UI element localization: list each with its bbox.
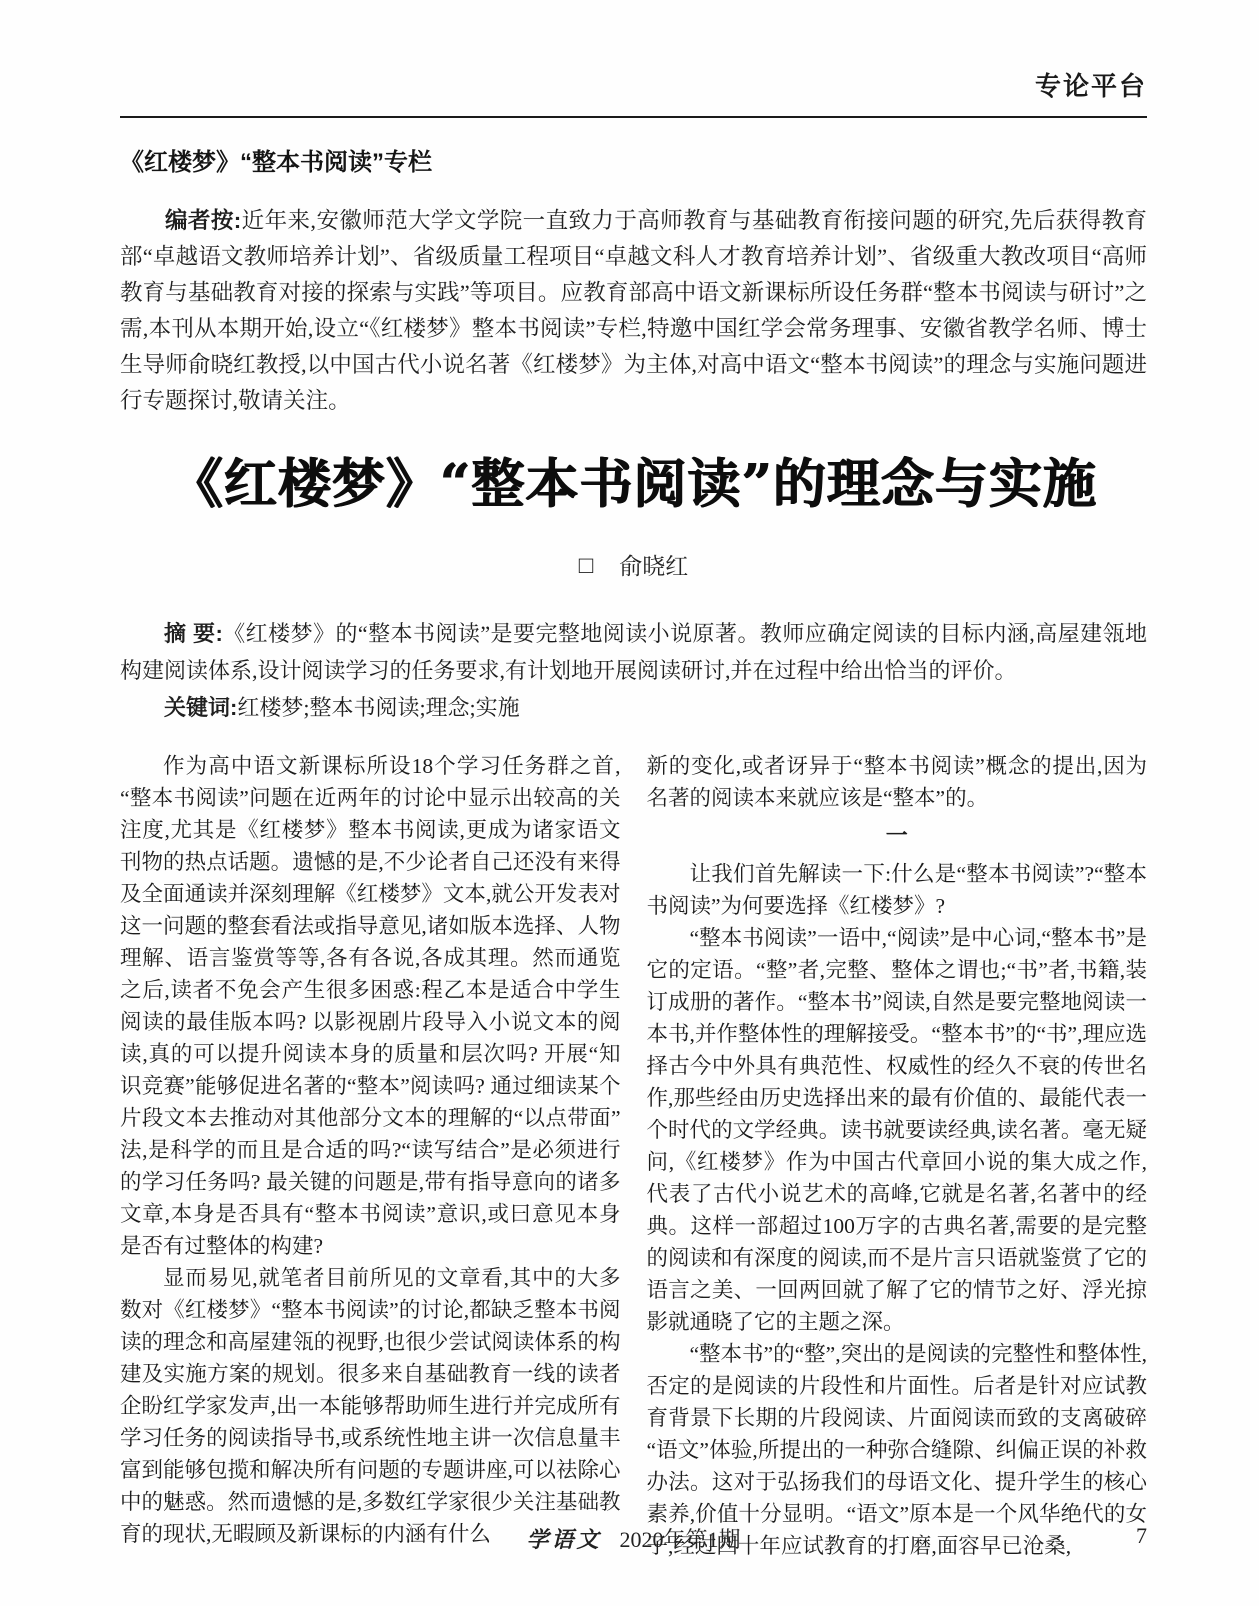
paragraph-continuation: 新的变化,或者讶异于“整本书阅读”概念的提出,因为名著的阅读本来就应该是“整本”…: [647, 750, 1148, 814]
keywords: 关键词:红楼梦;整本书阅读;理念;实施: [120, 689, 1147, 726]
body-right-column: 新的变化,或者讶异于“整本书阅读”概念的提出,因为名著的阅读本来就应该是“整本”…: [647, 750, 1148, 1562]
header-rule: [120, 116, 1147, 118]
paragraph: 显而易见,就笔者目前所见的文章看,其中的大多数对《红楼梦》“整本书阅读”的讨论,…: [120, 1262, 621, 1550]
abstract-text: 《红楼梦》的“整本书阅读”是要完整地阅读小说原著。教师应确定阅读的目标内涵,高屋…: [120, 621, 1147, 683]
platform-label: 专论平台: [120, 66, 1147, 103]
footer-journal-line: 学语文2020年第1期: [120, 1523, 1147, 1554]
editor-note-text: 近年来,安徽师范大学文学院一直致力于高师教育与基础教育衔接问题的研究,先后获得教…: [120, 208, 1147, 413]
editor-note-label: 编者按:: [165, 208, 241, 233]
paragraph: 让我们首先解读一下:什么是“整本书阅读”?“整本书阅读”为何要选择《红楼梦》?: [647, 858, 1148, 922]
keywords-label: 关键词:: [164, 695, 237, 720]
author-name: 俞晓红: [619, 554, 688, 579]
author-line: □俞晓红: [120, 548, 1147, 581]
section-marker: 一: [647, 816, 1148, 856]
body-left-column: 作为高中语文新课标所设18个学习任务群之首,“整本书阅读”问题在近两年的讨论中显…: [120, 750, 621, 1562]
footer: 学语文2020年第1期 7: [120, 1523, 1147, 1554]
journal-name: 学语文: [526, 1527, 601, 1553]
abstract-label: 摘 要:: [164, 621, 223, 646]
paragraph: “整本书阅读”一语中,“阅读”是中心词,“整本书”是它的定语。“整”者,完整、整…: [647, 922, 1148, 1338]
paragraph: 作为高中语文新课标所设18个学习任务群之首,“整本书阅读”问题在近两年的讨论中显…: [120, 750, 621, 1262]
page-number: 7: [1136, 1523, 1147, 1549]
journal-page: 专论平台 《红楼梦》“整本书阅读”专栏 编者按:近年来,安徽师范大学文学院一直致…: [0, 0, 1259, 1606]
abstract-block: 摘 要:《红楼梦》的“整本书阅读”是要完整地阅读小说原著。教师应确定阅读的目标内…: [120, 615, 1147, 726]
column-title: 《红楼梦》“整本书阅读”专栏: [120, 142, 1147, 177]
issue-label: 2020年第1期: [620, 1527, 741, 1552]
article-title: 《红楼梦》“整本书阅读”的理念与实施: [120, 442, 1147, 518]
body-columns: 作为高中语文新课标所设18个学习任务群之首,“整本书阅读”问题在近两年的讨论中显…: [120, 750, 1147, 1562]
keywords-text: 红楼梦;整本书阅读;理念;实施: [237, 695, 519, 720]
abstract: 摘 要:《红楼梦》的“整本书阅读”是要完整地阅读小说原著。教师应确定阅读的目标内…: [120, 615, 1147, 689]
editor-note: 编者按:近年来,安徽师范大学文学院一直致力于高师教育与基础教育衔接问题的研究,先…: [120, 203, 1147, 419]
author-marker-square: □: [579, 553, 594, 580]
